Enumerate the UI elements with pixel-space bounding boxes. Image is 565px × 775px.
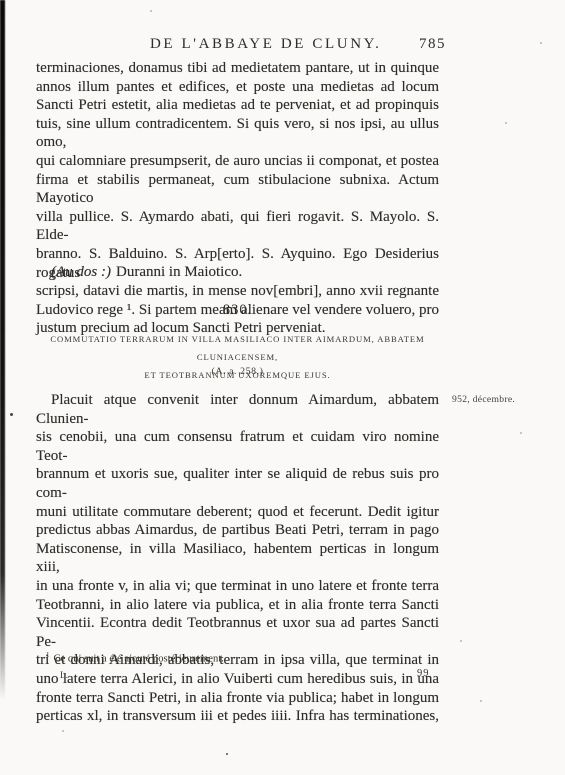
text-line: Teotbranni, in alio latere via publica, …: [36, 596, 439, 615]
text-line: firma et stabilis permaneat, cum stibula…: [36, 171, 439, 208]
archive-reference: (A. a. 258.): [36, 366, 439, 377]
volume-signature: L.: [60, 671, 68, 681]
text-line: Vincentii. Econtra dedit Teotbrannus et …: [36, 614, 439, 651]
charter-heading-line-1: COMMUTATIO TERRARUM IN VILLA MASILIACO I…: [20, 330, 455, 366]
charter-text-continuation: terminaciones, donamus tibi ad medietate…: [36, 59, 439, 338]
scan-speck: [460, 640, 462, 642]
footnote-marker: 1: [46, 651, 50, 659]
scan-speck: [150, 10, 152, 12]
text-line: uno latere terra Alerici, in alio Vuiber…: [36, 670, 439, 689]
text-line: sis cenobii, una cum consensu fratrum et…: [36, 428, 439, 465]
quire-number: 99: [417, 668, 430, 679]
text-line: brannum et uxoris sue, qualiter inter se…: [36, 465, 439, 502]
text-line: qui calomniare presumpserit, de auro unc…: [36, 152, 439, 171]
charter-number: 830.: [36, 302, 439, 319]
book-gutter-shadow: [0, 0, 5, 700]
text-line: fronte terra Sancti Petri, in alia front…: [36, 689, 439, 708]
scan-speck: [226, 753, 228, 755]
text-line: annos illum pantes et edifices, et poste…: [36, 78, 439, 97]
text-line: terminaciones, donamus tibi ad medietate…: [36, 59, 439, 78]
page-number: 785: [419, 36, 446, 53]
scan-speck: [540, 42, 542, 44]
text-line: muni utilitate commutare deberent; quod …: [36, 503, 439, 522]
scan-speck: [10, 413, 13, 416]
text-line: in una fronte v, in alia vi; que termina…: [36, 577, 439, 596]
text-line: Sancti Petri estetit, alia medietas ad t…: [36, 96, 439, 115]
au-dos-text: Duranni in Maiotico.: [116, 264, 242, 280]
scanned-book-page: DE L'ABBAYE DE CLUNY. 785 terminaciones,…: [0, 0, 565, 775]
text-line: villa pullice. S. Aymardo abati, qui fie…: [36, 208, 439, 245]
running-header-title: DE L'ABBAYE DE CLUNY.: [150, 36, 381, 53]
text-line: Placuit atque convenit inter donnum Aima…: [36, 391, 439, 428]
scan-speck: [480, 700, 482, 702]
text-line: Matisconense, in villa Masiliaco, habent…: [36, 540, 439, 577]
text-line: scripsi, datavi die martis, in mense nov…: [36, 282, 439, 301]
scan-speck: [505, 122, 507, 124]
footnote-text: Ce qui suit a été ajouté postérieurement…: [54, 654, 224, 665]
charter-text-body: Placuit atque convenit inter donnum Aima…: [36, 391, 439, 726]
margin-date-note: 952, décembre.: [452, 394, 515, 405]
text-line: perticas xl, in transversum iii et pedes…: [36, 707, 439, 726]
text-line: tuis, sine ullum contradicentem. Si quis…: [36, 115, 439, 152]
au-dos-label: (Au dos :): [51, 264, 111, 280]
scan-speck: [62, 730, 64, 732]
footnote: 1Ce qui suit a été ajouté postérieuremen…: [46, 651, 224, 665]
scan-speck: [520, 432, 522, 434]
text-line: predictus abbas Aimardus, de partibus Be…: [36, 521, 439, 540]
au-dos-note: (Au dos :)Duranni in Maiotico.: [36, 263, 439, 282]
